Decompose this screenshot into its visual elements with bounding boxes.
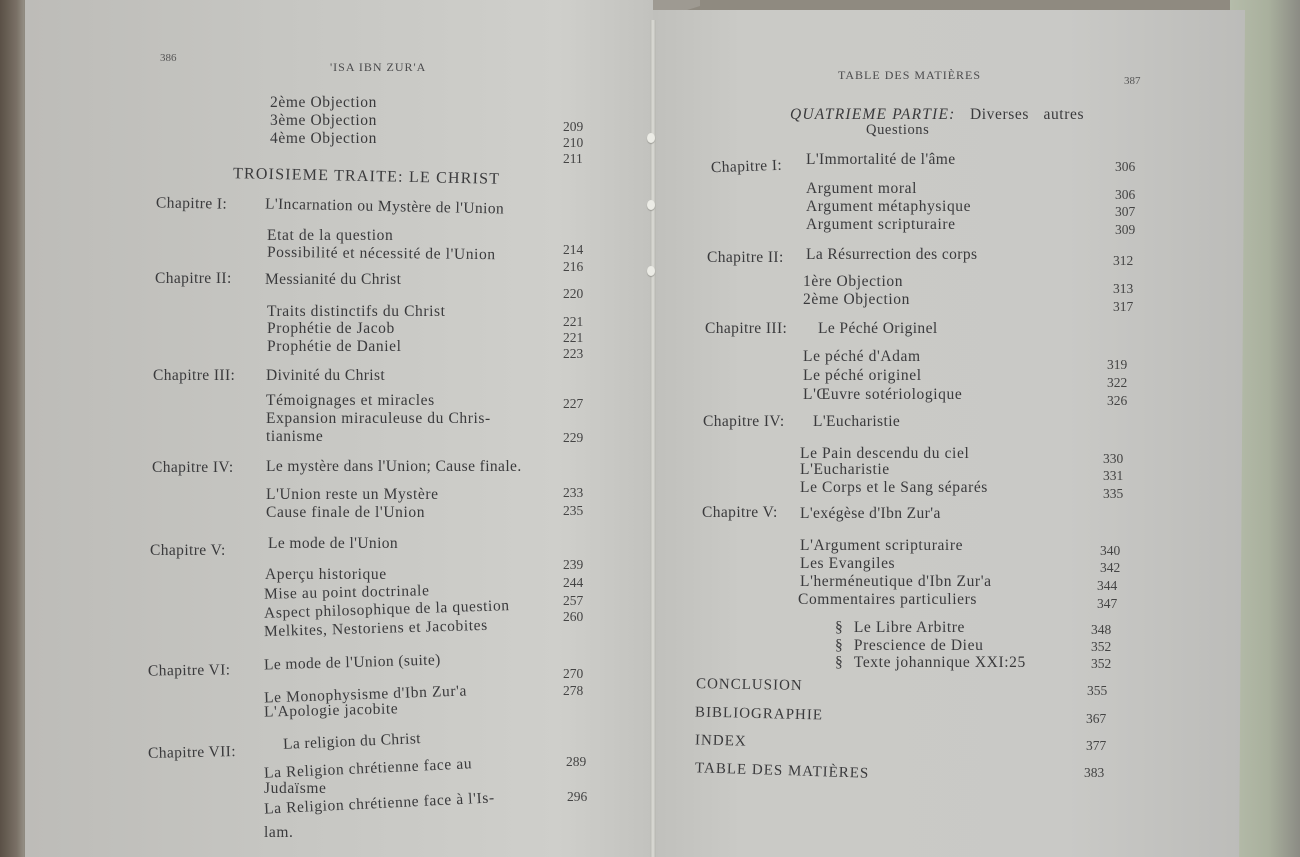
page-ref: 352: [1091, 656, 1111, 672]
chapter-label: Chapitre III:: [153, 367, 235, 385]
part-title-line2: Questions: [866, 122, 929, 139]
chapter-title: La Résurrection des corps: [806, 246, 977, 264]
book-gutter: [650, 20, 656, 857]
chapter-label: Chapitre I:: [156, 194, 227, 213]
page-ref: 307: [1115, 204, 1135, 220]
toc-entry: Judaïsme: [264, 780, 327, 798]
page-ref: 257: [563, 593, 583, 609]
chapter-title: Le Péché Originel: [818, 320, 938, 338]
page-ref: 352: [1091, 639, 1111, 655]
toc-entry: Argument scripturaire: [806, 216, 956, 234]
chapter-title: Le mode de l'Union: [268, 535, 398, 553]
part-title: QUATRIEME PARTIE: Diverses autres: [790, 106, 1084, 124]
page-ref: 340: [1100, 543, 1120, 559]
part-title-rest: Diverses autres: [970, 106, 1084, 123]
chapter-label: Chapitre V:: [150, 542, 226, 560]
toc-entry: Aperçu historique: [265, 566, 387, 584]
binding-stitch: [647, 266, 655, 276]
toc-entry: 1ère Objection: [803, 273, 903, 291]
page-ref: 317: [1113, 299, 1133, 315]
subsection-entry: § Le Libre Arbitre: [835, 619, 965, 637]
chapter-label: Chapitre III:: [705, 320, 787, 338]
page-ref: 377: [1086, 738, 1106, 754]
section-mark-icon: §: [835, 619, 843, 636]
toc-entry: L'Argument scripturaire: [800, 537, 963, 555]
page-ref: 227: [563, 396, 583, 412]
toc-entry: Cause finale de l'Union: [266, 504, 425, 522]
running-head: 'ISA IBN ZUR'A: [330, 60, 426, 75]
page-ref: 296: [567, 789, 587, 805]
toc-entry: L'Union reste un Mystère: [266, 486, 439, 504]
toc-entry: Les Evangiles: [800, 555, 895, 573]
toc-entry: 3ème Objection: [270, 112, 377, 130]
toc-entry: L'herméneutique d'Ibn Zur'a: [800, 573, 992, 591]
page-ref: 210: [563, 135, 583, 151]
backmatter-entry: BIBLIOGRAPHIE: [695, 705, 823, 725]
toc-entry: 2ème Objection: [270, 94, 377, 112]
toc-entry: 4ème Objection: [270, 130, 377, 148]
page-ref: 326: [1107, 393, 1127, 409]
chapter-title: Messianité du Christ: [265, 271, 401, 289]
book-edge-left: [0, 0, 24, 857]
page-ref: 309: [1115, 222, 1135, 238]
page-ref: 220: [563, 286, 583, 302]
page-ref: 209: [563, 119, 583, 135]
page-ref: 312: [1113, 253, 1133, 269]
chapter-label: Chapitre II:: [707, 249, 784, 267]
page-number: 386: [160, 52, 177, 64]
part-title-italic: QUATRIEME PARTIE:: [790, 106, 955, 123]
page-ref: 214: [563, 242, 583, 258]
chapter-label: Chapitre IV:: [152, 459, 234, 477]
chapter-title: L'exégèse d'Ibn Zur'a: [800, 505, 941, 523]
subsection-entry: § Prescience de Dieu: [835, 637, 983, 655]
toc-entry: Prophétie de Jacob: [267, 320, 395, 338]
backmatter-entry: INDEX: [695, 732, 747, 750]
page-ref: 270: [563, 666, 583, 682]
right-page: [653, 10, 1245, 857]
binding-stitch: [647, 133, 655, 143]
page-ref: 211: [563, 151, 583, 167]
section-mark-icon: §: [835, 654, 843, 671]
page-ref: 331: [1103, 468, 1123, 484]
subsection-entry: § Texte johannique XXI:25: [835, 654, 1026, 672]
toc-entry: Etat de la question: [267, 227, 393, 245]
chapter-title: Le mystère dans l'Union; Cause finale.: [266, 458, 522, 476]
page-ref: 367: [1086, 711, 1106, 727]
toc-entry: Témoignages et miracles: [266, 392, 435, 410]
toc-entry: L'Œuvre sotériologique: [803, 386, 962, 404]
page-ref: 355: [1087, 683, 1107, 699]
page-ref: 319: [1107, 357, 1127, 373]
page-ref: 342: [1100, 560, 1120, 576]
chapter-label: Chapitre VII:: [148, 743, 236, 763]
page-ref: 244: [563, 575, 583, 591]
toc-entry: L'Eucharistie: [800, 461, 890, 479]
chapter-label: Chapitre II:: [155, 270, 232, 288]
toc-entry: Possibilité et nécessité de l'Union: [267, 244, 496, 264]
page-ref: 383: [1084, 765, 1104, 781]
page-ref: 289: [566, 754, 586, 770]
toc-entry: Argument moral: [806, 180, 917, 198]
chapter-label: Chapitre VI:: [148, 661, 231, 680]
page-ref: 306: [1115, 187, 1135, 203]
page-ref: 239: [563, 557, 583, 573]
toc-entry: Le péché originel: [803, 367, 922, 385]
toc-entry: Le Corps et le Sang séparés: [800, 479, 988, 497]
page-ref: 260: [563, 609, 583, 625]
toc-entry: Traits distinctifs du Christ: [267, 303, 446, 321]
page-ref: 216: [563, 259, 583, 275]
page-number: 387: [1124, 75, 1141, 87]
page-ref: 330: [1103, 451, 1123, 467]
running-head: TABLE DES MATIÈRES: [838, 68, 981, 83]
page-ref: 335: [1103, 486, 1123, 502]
chapter-title: L'Eucharistie: [813, 413, 900, 431]
toc-entry: L'Apologie jacobite: [264, 700, 399, 721]
toc-entry: lam.: [264, 824, 294, 842]
chapter-label: Chapitre I:: [711, 157, 783, 177]
page-ref: 322: [1107, 375, 1127, 391]
toc-entry: Commentaires particuliers: [798, 591, 977, 609]
toc-entry: Expansion miraculeuse du Chris-: [266, 410, 491, 428]
toc-entry: Argument métaphysique: [806, 198, 971, 216]
toc-entry: Le péché d'Adam: [803, 348, 921, 366]
page-ref: 235: [563, 503, 583, 519]
toc-entry: Prophétie de Daniel: [267, 338, 402, 356]
toc-entry: 2ème Objection: [803, 291, 910, 309]
page-ref: 221: [563, 314, 583, 330]
page-ref: 278: [563, 683, 583, 699]
chapter-title: Divinité du Christ: [266, 367, 385, 385]
binding-stitch: [647, 200, 655, 210]
chapter-label: Chapitre V:: [702, 504, 778, 522]
page-ref: 229: [563, 430, 583, 446]
page-ref: 347: [1097, 596, 1117, 612]
chapter-title: L'Immortalité de l'âme: [806, 151, 956, 169]
chapter-label: Chapitre IV:: [703, 413, 785, 431]
page-ref: 348: [1091, 622, 1111, 638]
page-ref: 306: [1115, 159, 1135, 175]
toc-entry: tianisme: [266, 428, 323, 446]
section-mark-icon: §: [835, 637, 843, 654]
backmatter-entry: CONCLUSION: [696, 676, 803, 695]
page-ref: 223: [563, 346, 583, 362]
page-ref: 221: [563, 330, 583, 346]
page-ref: 233: [563, 485, 583, 501]
page-ref: 313: [1113, 281, 1133, 297]
page-ref: 344: [1097, 578, 1117, 594]
